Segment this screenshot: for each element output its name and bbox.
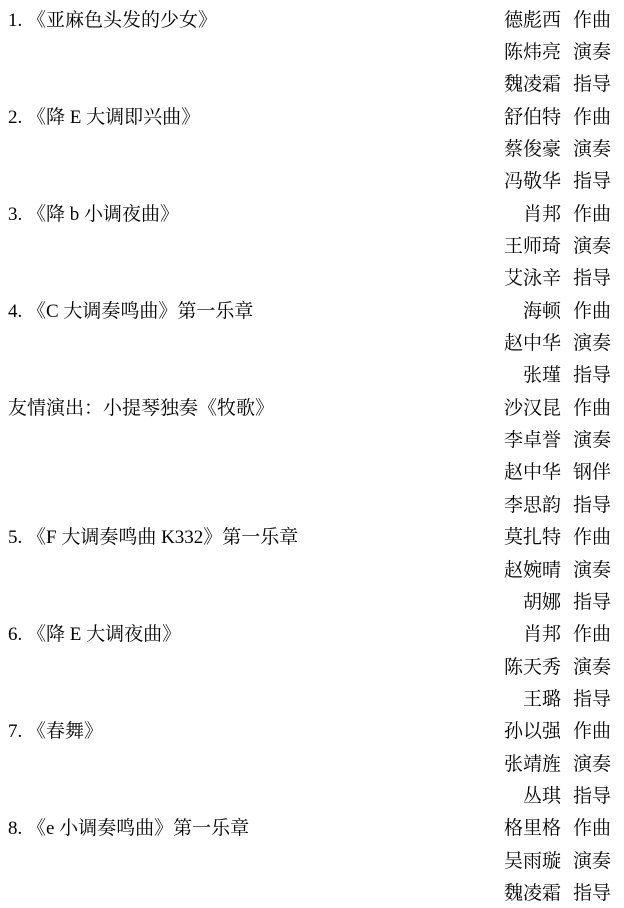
credit: 丛琪 指导: [523, 781, 611, 808]
piece-title: 5. 《F 大调奏鸣曲 K332》第一乐章: [8, 522, 298, 549]
program-line: 魏凌霜 指导: [8, 875, 611, 907]
credit-role: 指导: [573, 263, 611, 290]
credit-name: 海顿: [523, 296, 561, 323]
credit-name: 王师琦: [504, 231, 561, 258]
credit: 吴雨璇 演奏: [504, 846, 611, 873]
program-line: 张靖旌 演奏: [8, 746, 611, 778]
program-line: 艾泳辛 指导: [8, 261, 611, 293]
program-line: 陈天秀 演奏: [8, 649, 611, 681]
program-line: 1. 《亚麻色头发的少女》 德彪西 作曲: [8, 2, 611, 34]
credit: 冯敬华 指导: [504, 166, 611, 193]
credit: 沙汉昆 作曲: [504, 393, 611, 420]
program-line: 3. 《降 b 小调夜曲》 肖邦 作曲: [8, 196, 611, 228]
program-line: 友情演出：小提琴独奏《牧歌》 沙汉昆 作曲: [8, 390, 611, 422]
credit-role: 指导: [573, 360, 611, 387]
program-line: 魏凌霜 指导: [8, 67, 611, 99]
credit: 李思韵 指导: [504, 490, 611, 517]
program-line: 张瑾 指导: [8, 358, 611, 390]
credit-role: 作曲: [573, 102, 611, 129]
credit-role: 演奏: [573, 37, 611, 64]
credit: 张瑾 指导: [523, 360, 611, 387]
credit-role: 作曲: [573, 522, 611, 549]
credit: 德彪西 作曲: [504, 5, 611, 32]
credit-role: 演奏: [573, 328, 611, 355]
credit-name: 丛琪: [523, 781, 561, 808]
credit: 魏凌霜 指导: [504, 69, 611, 96]
program-line: 李卓誉 演奏: [8, 422, 611, 454]
credit-name: 冯敬华: [504, 166, 561, 193]
piece-title: 7. 《春舞》: [8, 716, 103, 743]
credit-role: 演奏: [573, 231, 611, 258]
program-line: 陈炜亮 演奏: [8, 34, 611, 66]
credit-role: 作曲: [573, 393, 611, 420]
credit-role: 作曲: [573, 5, 611, 32]
credit: 海顿 作曲: [523, 296, 611, 323]
credit-role: 演奏: [573, 749, 611, 776]
credit-name: 艾泳辛: [504, 263, 561, 290]
credit-name: 赵中华: [504, 457, 561, 484]
credit-role: 指导: [573, 69, 611, 96]
credit-role: 演奏: [573, 846, 611, 873]
credit-role: 指导: [573, 490, 611, 517]
credit-name: 舒伯特: [504, 102, 561, 129]
credit: 蔡俊豪 演奏: [504, 134, 611, 161]
credit: 胡娜 指导: [523, 587, 611, 614]
credit-role: 作曲: [573, 716, 611, 743]
credit: 王璐 指导: [523, 684, 611, 711]
program-line: 赵中华 演奏: [8, 325, 611, 357]
credit-role: 钢伴: [573, 457, 611, 484]
credit: 陈炜亮 演奏: [504, 37, 611, 64]
credit-name: 德彪西: [504, 5, 561, 32]
credit-name: 魏凌霜: [504, 69, 561, 96]
credit-role: 指导: [573, 684, 611, 711]
credit-name: 胡娜: [523, 587, 561, 614]
program-line: 王璐 指导: [8, 681, 611, 713]
credit-role: 演奏: [573, 652, 611, 679]
program-line: 2. 《降 E 大调即兴曲》 舒伯特 作曲: [8, 99, 611, 131]
program-line: 冯敬华 指导: [8, 164, 611, 196]
credit-name: 吴雨璇: [504, 846, 561, 873]
program-line: 赵婉晴 演奏: [8, 552, 611, 584]
program-line: 王师琦 演奏: [8, 228, 611, 260]
program-list: 1. 《亚麻色头发的少女》 德彪西 作曲 陈炜亮 演奏 魏凌霜 指导 2. 《降…: [0, 0, 624, 908]
program-line: 8. 《e 小调奏鸣曲》第一乐章 格里格 作曲: [8, 811, 611, 843]
piece-title: 6. 《降 E 大调夜曲》: [8, 619, 181, 646]
credit-name: 赵婉晴: [504, 555, 561, 582]
program-line: 蔡俊豪 演奏: [8, 131, 611, 163]
program-line: 吴雨璇 演奏: [8, 843, 611, 875]
credit: 肖邦 作曲: [523, 199, 611, 226]
program-line: 5. 《F 大调奏鸣曲 K332》第一乐章 莫扎特 作曲: [8, 520, 611, 552]
credit-name: 赵中华: [504, 328, 561, 355]
program-line: 丛琪 指导: [8, 778, 611, 810]
credit-name: 沙汉昆: [504, 393, 561, 420]
piece-title: 8. 《e 小调奏鸣曲》第一乐章: [8, 813, 249, 840]
credit-role: 指导: [573, 587, 611, 614]
credit-role: 指导: [573, 878, 611, 905]
program-line: 7. 《春舞》 孙以强 作曲: [8, 714, 611, 746]
credit: 肖邦 作曲: [523, 619, 611, 646]
credit-name: 格里格: [504, 813, 561, 840]
piece-title: 2. 《降 E 大调即兴曲》: [8, 102, 200, 129]
credit-name: 李思韵: [504, 490, 561, 517]
program-line: 胡娜 指导: [8, 584, 611, 616]
credit-role: 指导: [573, 166, 611, 193]
piece-title: 3. 《降 b 小调夜曲》: [8, 199, 179, 226]
piece-title: 4. 《C 大调奏鸣曲》第一乐章: [8, 296, 253, 323]
credit-role: 作曲: [573, 813, 611, 840]
credit: 赵中华 钢伴: [504, 457, 611, 484]
program-line: 4. 《C 大调奏鸣曲》第一乐章 海顿 作曲: [8, 293, 611, 325]
credit-name: 张瑾: [523, 360, 561, 387]
piece-title: 友情演出：小提琴独奏《牧歌》: [8, 393, 274, 420]
credit-name: 陈炜亮: [504, 37, 561, 64]
credit: 舒伯特 作曲: [504, 102, 611, 129]
program-line: 赵中华 钢伴: [8, 455, 611, 487]
credit-name: 李卓誉: [504, 425, 561, 452]
credit: 赵中华 演奏: [504, 328, 611, 355]
program-line: 6. 《降 E 大调夜曲》 肖邦 作曲: [8, 617, 611, 649]
credit-role: 作曲: [573, 296, 611, 323]
program-line: 李思韵 指导: [8, 487, 611, 519]
credit: 格里格 作曲: [504, 813, 611, 840]
credit: 莫扎特 作曲: [504, 522, 611, 549]
credit-name: 王璐: [523, 684, 561, 711]
piece-title: 1. 《亚麻色头发的少女》: [8, 5, 217, 32]
credit-name: 魏凌霜: [504, 878, 561, 905]
credit: 魏凌霜 指导: [504, 878, 611, 905]
credit-name: 陈天秀: [504, 652, 561, 679]
credit-role: 作曲: [573, 619, 611, 646]
credit: 孙以强 作曲: [504, 716, 611, 743]
credit: 王师琦 演奏: [504, 231, 611, 258]
credit: 艾泳辛 指导: [504, 263, 611, 290]
credit: 赵婉晴 演奏: [504, 555, 611, 582]
credit: 李卓誉 演奏: [504, 425, 611, 452]
credit: 张靖旌 演奏: [504, 749, 611, 776]
credit-name: 肖邦: [523, 199, 561, 226]
credit-name: 肖邦: [523, 619, 561, 646]
credit-role: 演奏: [573, 425, 611, 452]
credit-role: 指导: [573, 781, 611, 808]
credit: 陈天秀 演奏: [504, 652, 611, 679]
credit-role: 作曲: [573, 199, 611, 226]
credit-role: 演奏: [573, 134, 611, 161]
credit-name: 莫扎特: [504, 522, 561, 549]
credit-name: 蔡俊豪: [504, 134, 561, 161]
credit-name: 张靖旌: [504, 749, 561, 776]
credit-name: 孙以强: [504, 716, 561, 743]
credit-role: 演奏: [573, 555, 611, 582]
